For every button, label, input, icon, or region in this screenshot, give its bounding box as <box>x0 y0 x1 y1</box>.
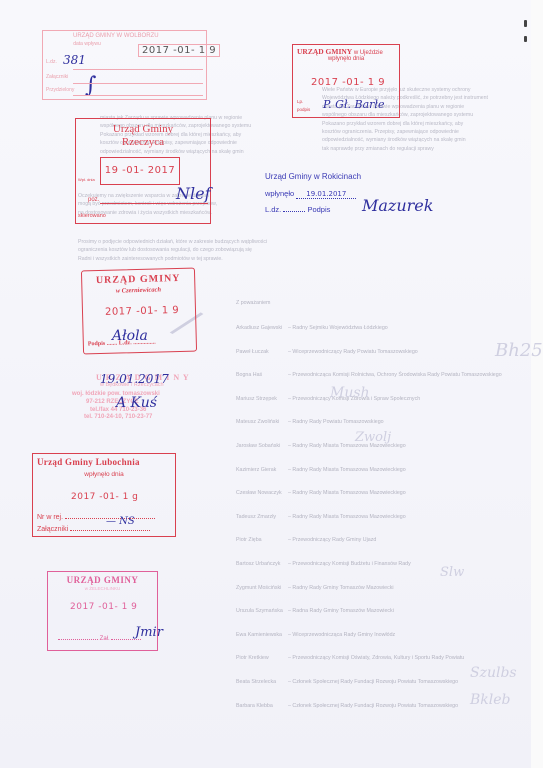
handwritten-signature: — NS <box>106 516 135 527</box>
page-edge <box>531 0 543 768</box>
text-line: odpowiedzialność, wymiany środków wiążąc… <box>322 136 527 144</box>
stamp-title: Urząd Gminy Lubochnia <box>37 457 140 467</box>
handwritten-signature: P. Gł. Barłe <box>323 98 385 111</box>
signatory-role: – Radny Rady Powiatu Tomaszowskiego <box>288 419 384 425</box>
stamp-lubochnia: Urząd Gminy Lubochnia wpłynęło dnia 2017… <box>32 453 176 537</box>
stamp-date-label: data wpływu <box>73 41 101 47</box>
handwritten-date: 19.01.2017 <box>100 372 169 386</box>
signatory-name: Mariusz Strzępek <box>236 396 288 402</box>
stamp-rokiciny-title: Urząd Gminy w Rokicinach <box>265 172 361 181</box>
signatory-row: Bartosz Urbańczyk– Przewodniczący Komisj… <box>236 561 411 567</box>
signatory-name: Piotr Zięba <box>236 537 288 543</box>
signatory-name: Barbara Klebba <box>236 703 288 709</box>
ghost-signature: Slw <box>440 565 464 580</box>
stamp-wolborz: URZĄD GMINY W WOLBORZU data wpływu 2017 … <box>42 30 207 100</box>
signatory-row: Czesław Nowaczyk– Radny Rady Miasta Toma… <box>236 490 406 496</box>
stamp-ujazd: URZĄD GMINY w Ujeździe wpłynęło dnia 201… <box>292 44 400 118</box>
signatory-name: Urszula Szymańska <box>236 608 288 614</box>
handwritten-signature: Mazurek <box>362 196 433 215</box>
stamp-lp-label: Lp. <box>297 99 303 104</box>
stamp-poz-label: poz. <box>88 197 99 203</box>
ghost-signature: Bkleb <box>470 692 511 708</box>
signatory-role: – Radna Rady Gminy Tomaszów Mazowiecki <box>288 608 394 614</box>
stamp-zal-row: Załączniki <box>37 526 150 533</box>
signatory-row: Bogna Haś– Przewodnicząca Komisji Rolnic… <box>236 372 502 378</box>
stamp-nr-row: Nr w rej. <box>37 514 155 521</box>
signatory-row: Piotr Kretkiew– Przewodniczący Komisji O… <box>236 655 464 661</box>
signatory-row: Tadeusz Zmarzły– Radny Rady Miasta Tomas… <box>236 514 406 520</box>
signatory-row: Barbara Klebba– Członek Społecznej Rady … <box>236 703 458 709</box>
signatory-name: Mateusz Zwoliński <box>236 419 288 425</box>
ghost-signature: Szulbs <box>470 665 517 681</box>
scanned-page: Wiele Państw w Europie przyjęło już skut… <box>0 0 543 768</box>
signatory-name: Paweł Łuczak <box>236 349 288 355</box>
stamp-rokiciny-ldz: L.dz. Podpis <box>265 205 330 214</box>
stamp-row-label: Przydzielony <box>46 87 74 93</box>
signatory-row: Piotr Zięba– Przewodniczący Rady Gminy U… <box>236 537 376 543</box>
handwritten-signature: Ałola <box>112 328 148 344</box>
signatory-role: – Przewodniczący Komisji Budżetu i Finan… <box>288 561 411 567</box>
stamp-date: 2017 -01- 1 9 <box>311 77 385 88</box>
text-line: tak naprawdę przy zmianach do regulacji … <box>322 145 527 153</box>
signatory-name: Tadeusz Zmarzły <box>236 514 288 520</box>
signatory-name: Bogna Haś <box>236 372 288 378</box>
signatory-role: – Radny Rady Miasta Tomaszowa Mazowiecki… <box>288 490 406 496</box>
signatory-role: – Wiceprzewodniczący Rady Powiatu Tomasz… <box>288 349 418 355</box>
signatory-role: – Przewodniczący Komisji Oświaty, Zdrowi… <box>288 655 464 661</box>
signatory-role: – Radny Rady Gminy Tomaszów Mazowiecki <box>288 585 394 591</box>
scan-mark <box>524 20 527 27</box>
signatory-role: – Przewodniczący Rady Gminy Ujazd <box>288 537 376 543</box>
signatory-role: – Wiceprzewodnicząca Rady Gminy Inowłódz <box>288 632 395 638</box>
ghost-signature: Zwolj <box>355 430 391 445</box>
stamp-date: 2017 -01- 1 g <box>71 492 138 502</box>
signatory-name: Ewa Kamieniewska <box>236 632 288 638</box>
stamp-title: URZĄD GMINY <box>48 575 157 585</box>
stamp-rzeczyca: Urząd Gminy Rzeczyca Wpł. dnia 19 -01- 2… <box>75 118 211 224</box>
signatory-name: Piotr Kretkiew <box>236 655 288 661</box>
signatory-role: – Radny Rady Miasta Tomaszowa Mazowiecki… <box>288 467 406 473</box>
signatory-name: Jarosław Sobański <box>236 443 288 449</box>
stamp-subtitle: w ŻELECHLINKU <box>48 586 157 591</box>
signatory-role: – Radny Sejmiku Województwa Łódzkiego <box>288 325 388 331</box>
signatory-row: Arkadiusz Gajewski– Radny Sejmiku Wojewó… <box>236 325 388 331</box>
ghost-signature: Mush <box>330 385 370 401</box>
stamp-line: Rzeczyca <box>76 136 210 148</box>
stamp-sig-label: podpis <box>297 107 310 112</box>
text-line: Radni i wszystkich zainteresowanych podm… <box>78 255 528 263</box>
text-line: Pokazano przykład wzorem dobrej dla któr… <box>322 120 527 128</box>
stamp-title: URZĄD GMINY <box>82 273 194 287</box>
signatory-role: – Przewodnicząca Komisji Rolnictwa, Ochr… <box>288 372 502 378</box>
stamp-date: 2017 -01- 1 9 <box>70 602 137 612</box>
stamp-subtitle: w Czerniewicach <box>82 286 194 296</box>
stamp-subtitle: wpłynęło dnia <box>33 471 175 478</box>
signatory-role: – Członek Społecznej Rady Fundacji Rozwo… <box>288 703 458 709</box>
stamp-date: 2017 -01- 1 9 <box>105 305 179 318</box>
stamp-title: URZĄD GMINY w Ujeździe <box>297 47 383 56</box>
signatory-name: Bartosz Urbańczyk <box>236 561 288 567</box>
stamp-date: 19 -01- 2017 <box>100 157 180 185</box>
text-line: Prosimy o podjęcie odpowiednich działań,… <box>78 238 528 246</box>
stamp-subtitle: wpłynęło dnia <box>293 56 399 62</box>
stamp-ldz-value: 381 <box>63 53 86 67</box>
paragraph-3: Prosimy o podjęcie odpowiednich działań,… <box>78 238 528 263</box>
signatory-row: Ewa Kamieniewska– Wiceprzewodnicząca Rad… <box>236 632 395 638</box>
stamp-ldz-label: L.dz. <box>46 59 57 65</box>
stamp-row-label: Załączniki <box>46 74 68 80</box>
address-stamp-line: tel. 710-24-10, 710-23-77 <box>84 414 152 420</box>
handwritten-signature: A Kuś <box>116 395 157 411</box>
signatory-row: Zygmunt Mościński– Radny Rady Gminy Toma… <box>236 585 394 591</box>
signatory-name: Beata Strzelecka <box>236 679 288 685</box>
signatory-name: Kazimierz Gierak <box>236 467 288 473</box>
handwritten-signature: Nlef <box>176 184 211 203</box>
signatory-row: Paweł Łuczak– Wiceprzewodniczący Rady Po… <box>236 349 418 355</box>
closing-text: Z poważaniem <box>236 300 270 306</box>
signatory-name: Czesław Nowaczyk <box>236 490 288 496</box>
signatory-row: Kazimierz Gierak– Radny Rady Miasta Toma… <box>236 467 406 473</box>
text-line: kosztów ograniczenia. Przepisy, zapewnia… <box>322 128 527 136</box>
stamp-skierowano-label: skierowano <box>78 213 106 219</box>
ghost-signature: Bh25 <box>495 340 543 361</box>
text-line: ograniczenia kosztów lub dostosowania re… <box>78 246 528 254</box>
stamp-zal-row: Zał. <box>58 636 141 642</box>
stamp-date-label: Wpł. dnia <box>78 177 95 182</box>
stamp-date: 2017 -01- 1 9 <box>138 44 220 57</box>
scan-mark <box>524 36 527 42</box>
signatory-role: – Radny Rady Miasta Tomaszowa Mazowiecki… <box>288 514 406 520</box>
signatory-name: Arkadiusz Gajewski <box>236 325 288 331</box>
signatory-row: Mariusz Strzępek– Przewodniczący Komisji… <box>236 396 420 402</box>
stamp-rokiciny-received: wpłynęło 19.01.2017 <box>265 189 356 199</box>
signatory-row: Mateusz Zwoliński– Radny Rady Powiatu To… <box>236 419 384 425</box>
signatory-row: Beata Strzelecka– Członek Społecznej Rad… <box>236 679 458 685</box>
stamp-line: Urząd Gminy <box>76 123 210 135</box>
signatory-row: Urszula Szymańska– Radna Rady Gminy Toma… <box>236 608 394 614</box>
handwritten-signature: Jmir <box>135 625 163 640</box>
signatory-name: Zygmunt Mościński <box>236 585 288 591</box>
stamp-title: URZĄD GMINY W WOLBORZU <box>73 33 159 39</box>
signatory-role: – Członek Społecznej Rady Fundacji Rozwo… <box>288 679 458 685</box>
